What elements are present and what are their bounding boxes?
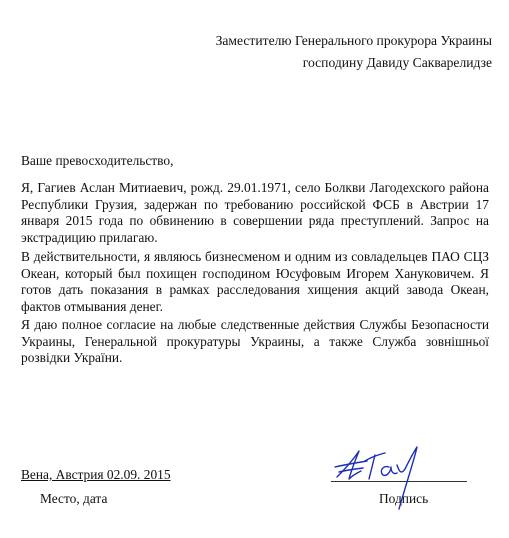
addressee-name: господину Давиду Сакварелидзе <box>216 52 492 74</box>
place-date-value: Вена, Австрия 02.09. 2015 <box>21 467 171 483</box>
addressee-title: Заместителю Генерального прокурора Украи… <box>216 30 492 52</box>
handwritten-signature-icon <box>333 441 443 513</box>
paragraph-business: В действительности, я являюсь бизнесмено… <box>21 249 489 315</box>
place-date-label: Место, дата <box>40 491 107 507</box>
salutation: Ваше превосходительство, <box>21 153 173 169</box>
paragraph-consent: Я даю полное согласие на любые следствен… <box>21 317 489 367</box>
paragraph-detention: Я, Гагиев Аслан Митиаевич, рожд. 29.01.1… <box>21 180 489 246</box>
addressee-block: Заместителю Генерального прокурора Украи… <box>216 30 492 74</box>
letter-page: Заместителю Генерального прокурора Украи… <box>0 0 509 538</box>
